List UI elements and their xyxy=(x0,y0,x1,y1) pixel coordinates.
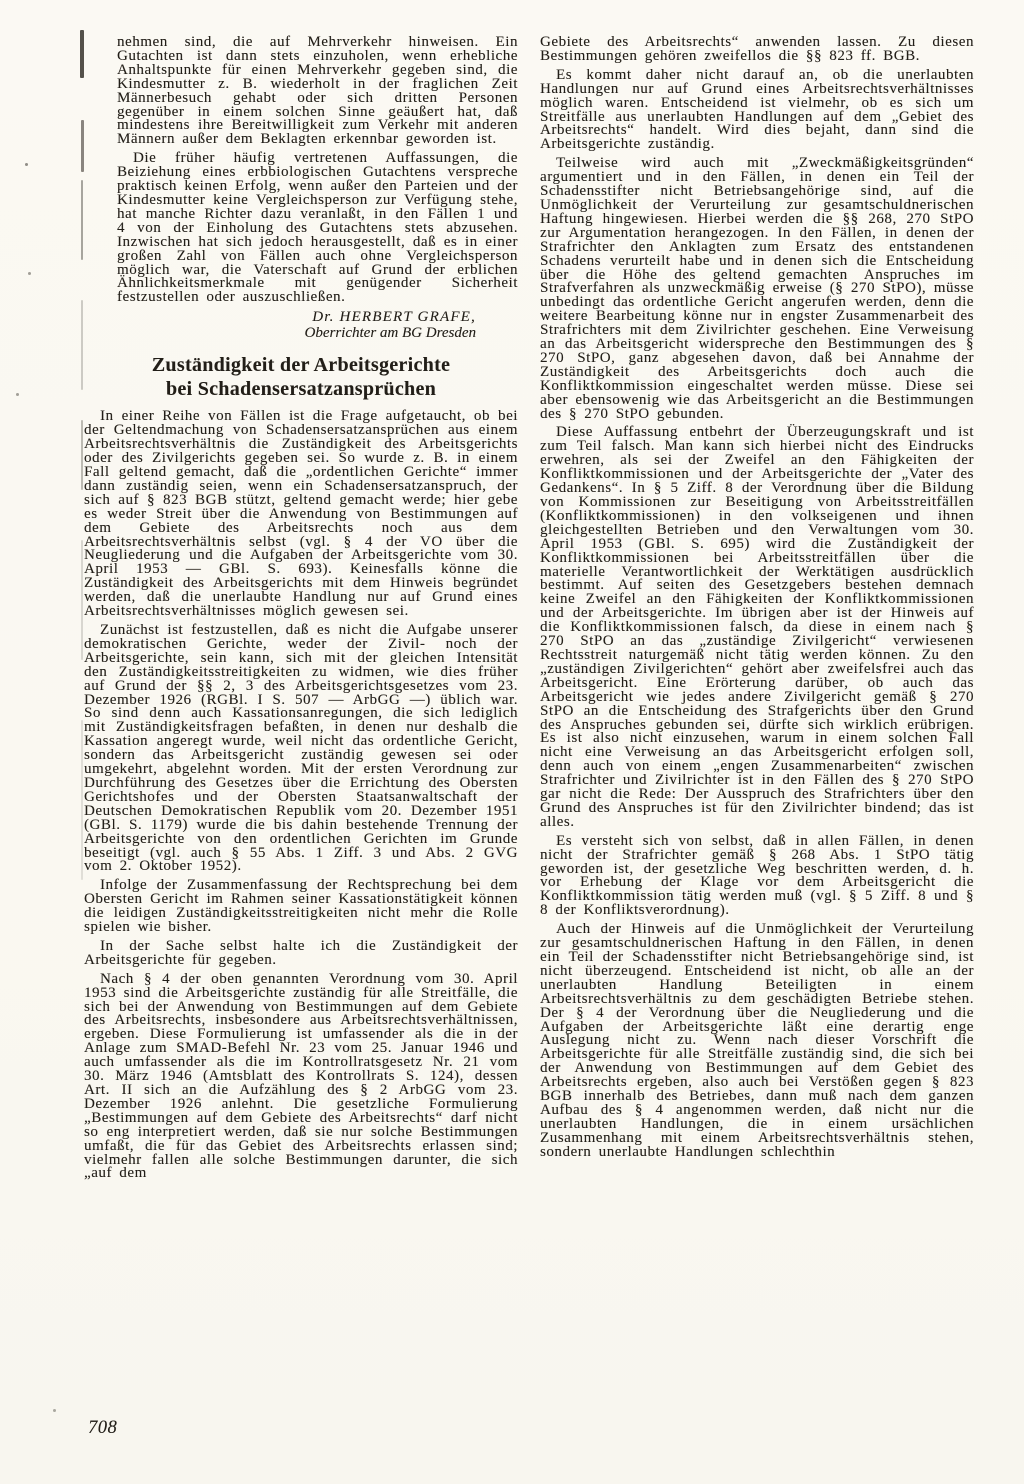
paragraph: Zunächst ist festzustellen, daß es nicht… xyxy=(84,624,518,874)
paragraph: Gebiete des Arbeitsrechts“ anwenden lass… xyxy=(540,36,974,64)
scan-speck xyxy=(53,1409,56,1412)
article-heading-line2: bei Schadensersatzansprüchen xyxy=(84,378,518,402)
paragraph: In einer Reihe von Fällen ist die Frage … xyxy=(84,410,518,619)
paragraph: Nach § 4 der oben genannten Verordnung v… xyxy=(84,973,518,1182)
signature-name: Dr. HERBERT GRAFE, xyxy=(117,310,476,326)
paragraph: Auch der Hinweis auf die Unmöglichkeit d… xyxy=(540,923,974,1159)
scan-speck xyxy=(28,272,31,275)
article-signature: Dr. HERBERT GRAFE, Oberrichter am BG Dre… xyxy=(117,310,518,341)
paragraph: nehmen sind, die auf Mehrverkehr hinweis… xyxy=(117,36,518,147)
scan-speck xyxy=(16,393,19,396)
article-heading-line1: Zuständigkeit der Arbeitsgerichte xyxy=(84,354,518,378)
scan-artifact xyxy=(81,180,83,260)
scan-artifact xyxy=(81,540,83,660)
page-number: 708 xyxy=(88,1418,117,1439)
paragraph: Es versteht sich von selbst, daß in alle… xyxy=(540,835,974,918)
paragraph: In der Sache selbst halte ich die Zustän… xyxy=(84,940,518,968)
journal-page: nehmen sind, die auf Mehrverkehr hinweis… xyxy=(0,0,1024,1484)
article-heading: Zuständigkeit der Arbeitsgerichte bei Sc… xyxy=(84,354,518,401)
previous-article-end: nehmen sind, die auf Mehrverkehr hinweis… xyxy=(84,36,518,341)
scan-artifact xyxy=(81,720,83,880)
paragraph: Es kommt daher nicht darauf an, ob die u… xyxy=(540,69,974,152)
scan-artifact xyxy=(81,420,83,490)
column-right: Gebiete des Arbeitsrechts“ anwenden lass… xyxy=(540,36,974,1165)
column-left: nehmen sind, die auf Mehrverkehr hinweis… xyxy=(84,36,518,1186)
scan-artifact xyxy=(81,300,83,390)
paragraph: Diese Auffassung entbehrt der Überzeugun… xyxy=(540,426,974,829)
scan-speck xyxy=(25,163,28,166)
paragraph: Infolge der Zusammenfassung der Rechtspr… xyxy=(84,879,518,935)
signature-role: Oberrichter am BG Dresden xyxy=(117,326,476,342)
paragraph: Teilweise wird auch mit „Zweckmäßigkeits… xyxy=(540,157,974,421)
paragraph: Die früher häufig vertretenen Auffassung… xyxy=(117,152,518,305)
